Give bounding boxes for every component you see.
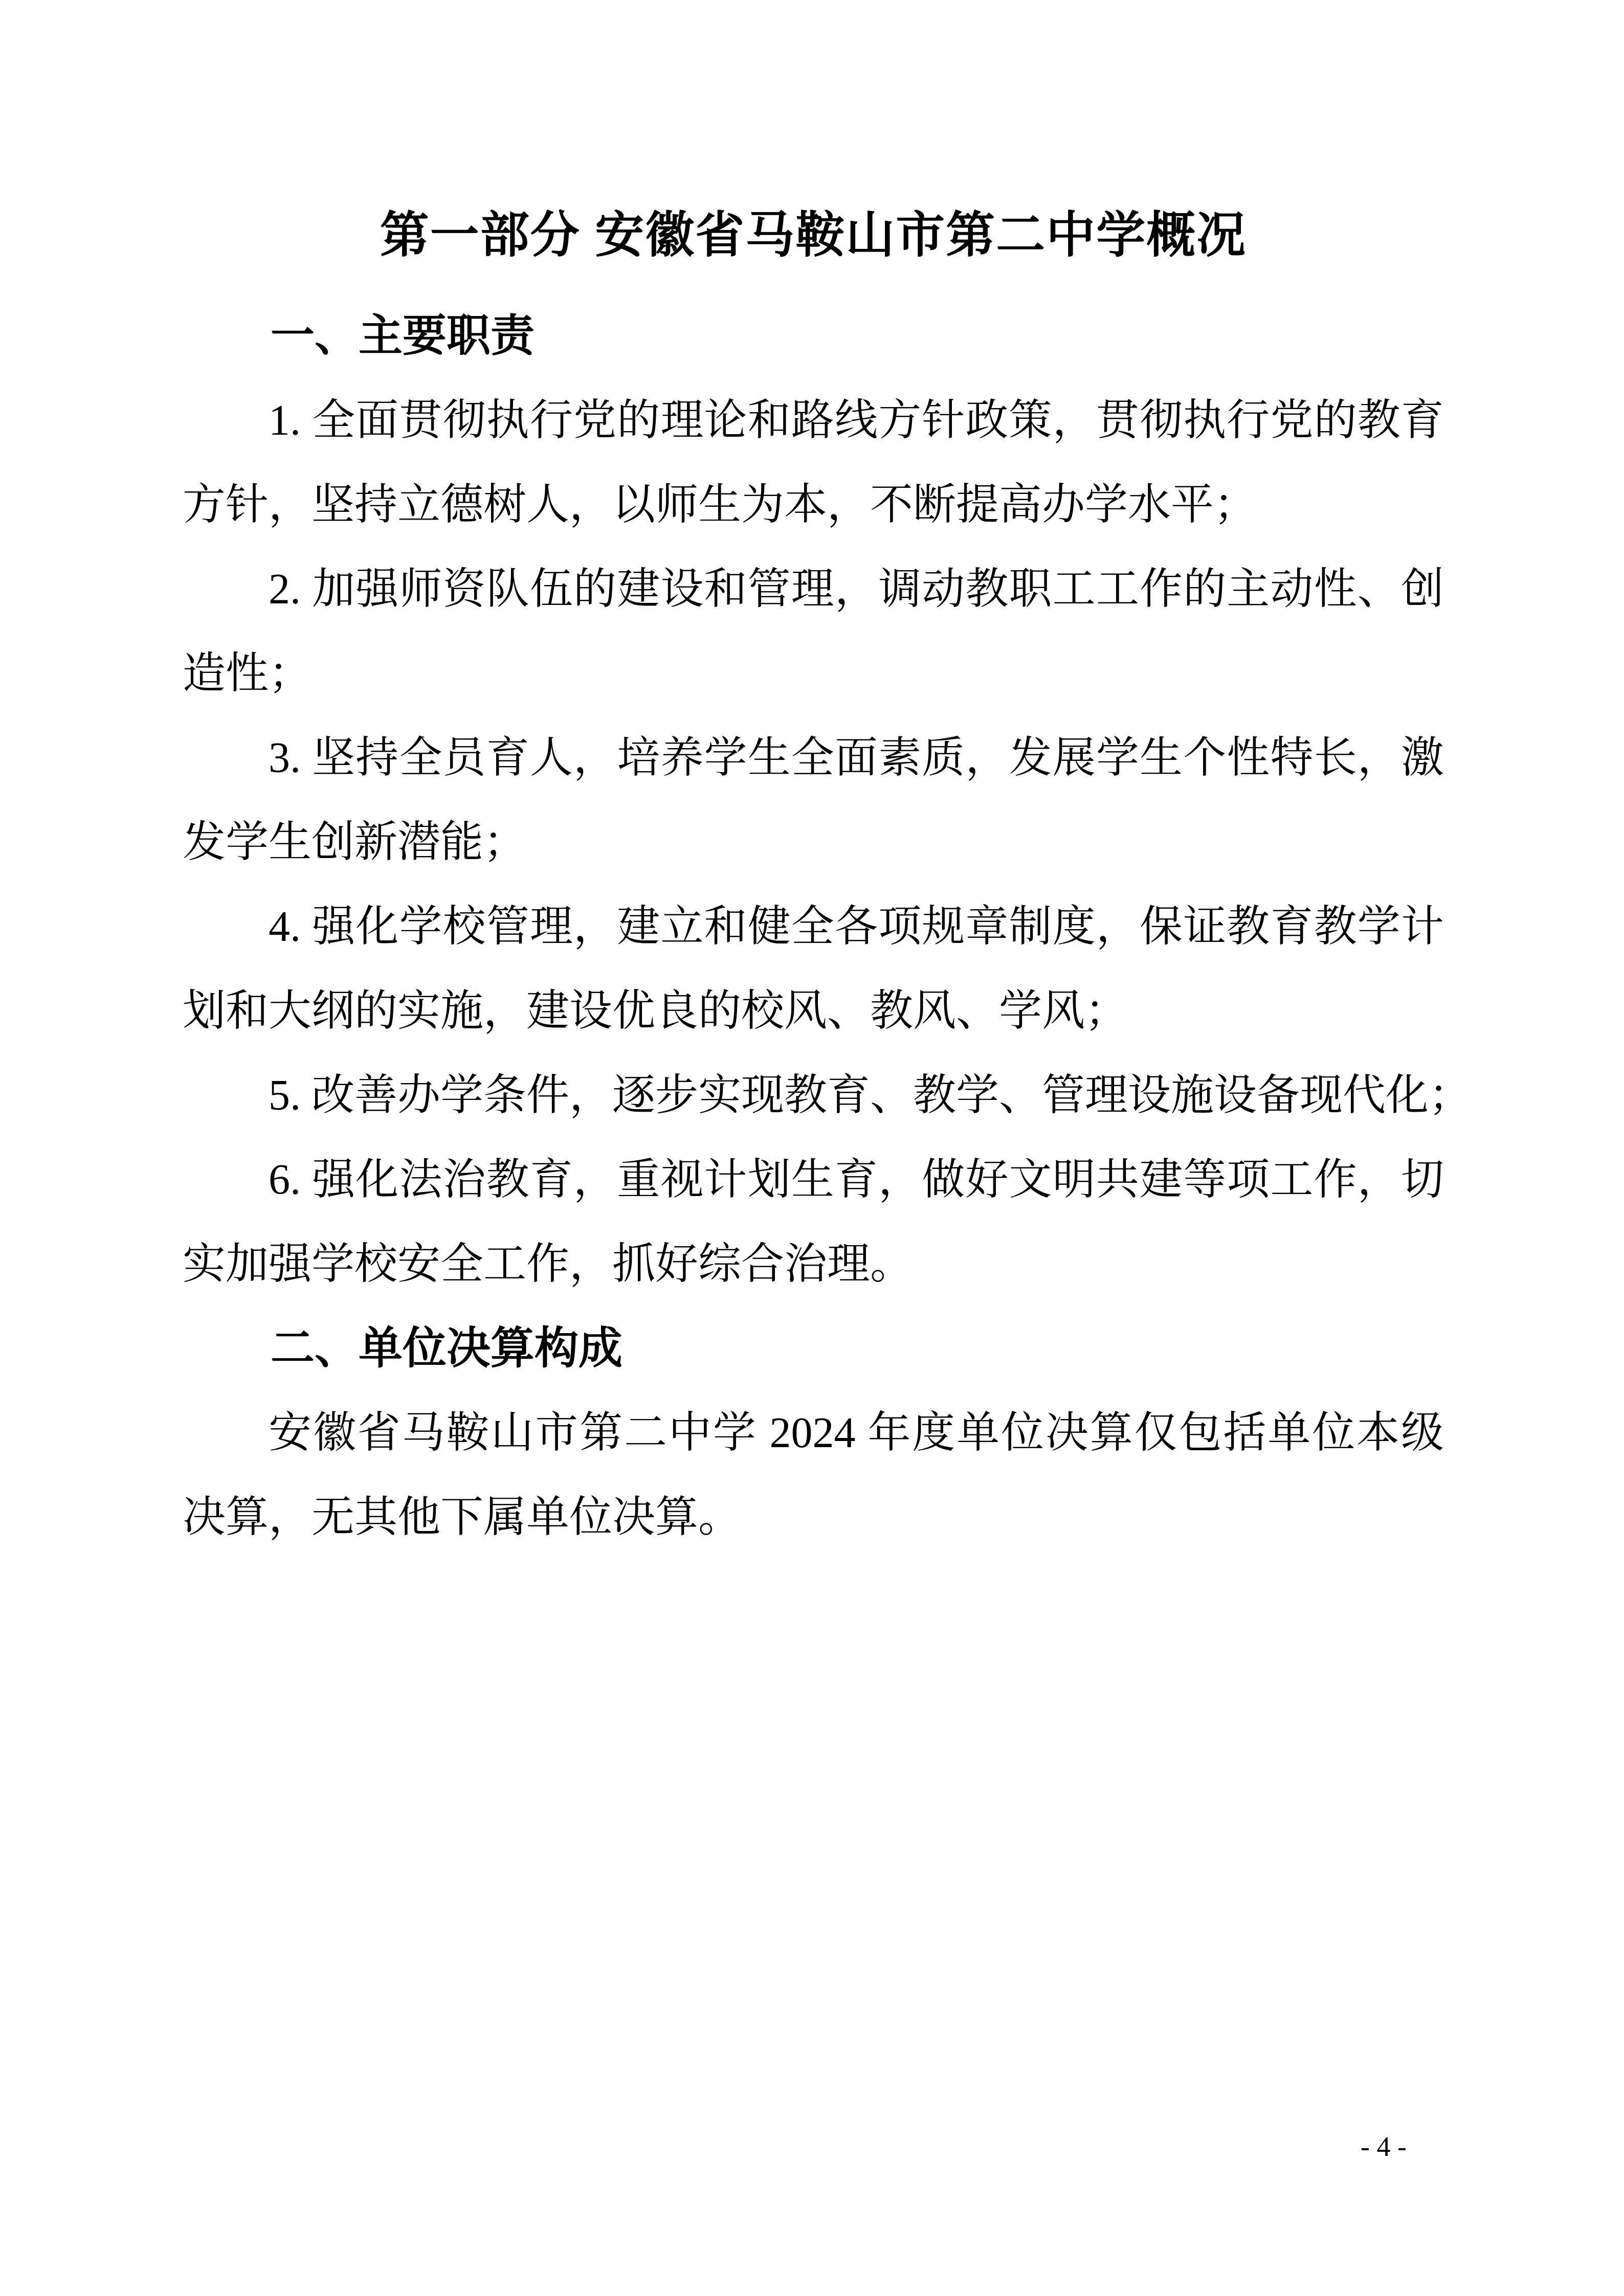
paragraph-duty-2: 2. 加强师资队伍的建设和管理，调动教职工工作的主动性、创 造性； [183, 547, 1444, 716]
paragraph-line: 4. 强化学校管理，建立和健全各项规章制度，保证教育教学计 [183, 885, 1444, 969]
paragraph-line: 决算，无其他下属单位决算。 [183, 1475, 1444, 1560]
paragraph-duty-6: 6. 强化法治教育，重视计划生育，做好文明共建等项工作，切 实加强学校安全工作，… [183, 1138, 1444, 1307]
paragraph-line: 3. 坚持全员育人，培养学生全面素质，发展学生个性特长，激 [183, 716, 1444, 800]
paragraph-duty-1: 1. 全面贯彻执行党的理论和路线方针政策，贯彻执行党的教育 方针，坚持立德树人，… [183, 378, 1444, 547]
section-main-duties-heading: 一、主要职责 [183, 294, 1444, 378]
document-content: 第一部分 安徽省马鞍山市第二中学概况 一、主要职责 1. 全面贯彻执行党的理论和… [183, 0, 1444, 1560]
paragraph-duty-5: 5. 改善办学条件，逐步实现教育、教学、管理设施设备现代化； [183, 1053, 1444, 1138]
paragraph-line: 安徽省马鞍山市第二中学 2024 年度单位决算仅包括单位本级 [183, 1391, 1444, 1475]
paragraph-line: 发学生创新潜能； [183, 800, 1444, 885]
paragraph-line: 2. 加强师资队伍的建设和管理，调动教职工工作的主动性、创 [183, 547, 1444, 632]
section-budget-composition: 二、单位决算构成 安徽省马鞍山市第二中学 2024 年度单位决算仅包括单位本级 … [183, 1307, 1444, 1560]
section-budget-composition-heading: 二、单位决算构成 [183, 1307, 1444, 1391]
paragraph-line: 1. 全面贯彻执行党的理论和路线方针政策，贯彻执行党的教育 [183, 378, 1444, 463]
section-main-duties: 一、主要职责 1. 全面贯彻执行党的理论和路线方针政策，贯彻执行党的教育 方针，… [183, 294, 1444, 1307]
paragraph-line: 造性； [183, 632, 1444, 716]
paragraph-duty-4: 4. 强化学校管理，建立和健全各项规章制度，保证教育教学计 划和大纲的实施，建设… [183, 885, 1444, 1053]
paragraph-line: 实加强学校安全工作，抓好综合治理。 [183, 1222, 1444, 1307]
paragraph-line: 划和大纲的实施，建设优良的校风、教风、学风； [183, 969, 1444, 1053]
paragraph-duty-3: 3. 坚持全员育人，培养学生全面素质，发展学生个性特长，激 发学生创新潜能； [183, 716, 1444, 885]
paragraph-line: 方针，坚持立德树人，以师生为本，不断提高办学水平； [183, 463, 1444, 547]
document-page: 第一部分 安徽省马鞍山市第二中学概况 一、主要职责 1. 全面贯彻执行党的理论和… [0, 0, 1624, 2296]
paragraph-line: 5. 改善办学条件，逐步实现教育、教学、管理设施设备现代化； [183, 1053, 1444, 1138]
paragraph-line: 6. 强化法治教育，重视计划生育，做好文明共建等项工作，切 [183, 1138, 1444, 1222]
page-number: - 4 - [1361, 2131, 1407, 2162]
paragraph-budget-scope: 安徽省马鞍山市第二中学 2024 年度单位决算仅包括单位本级 决算，无其他下属单… [183, 1391, 1444, 1560]
page-title: 第一部分 安徽省马鞍山市第二中学概况 [183, 197, 1444, 274]
